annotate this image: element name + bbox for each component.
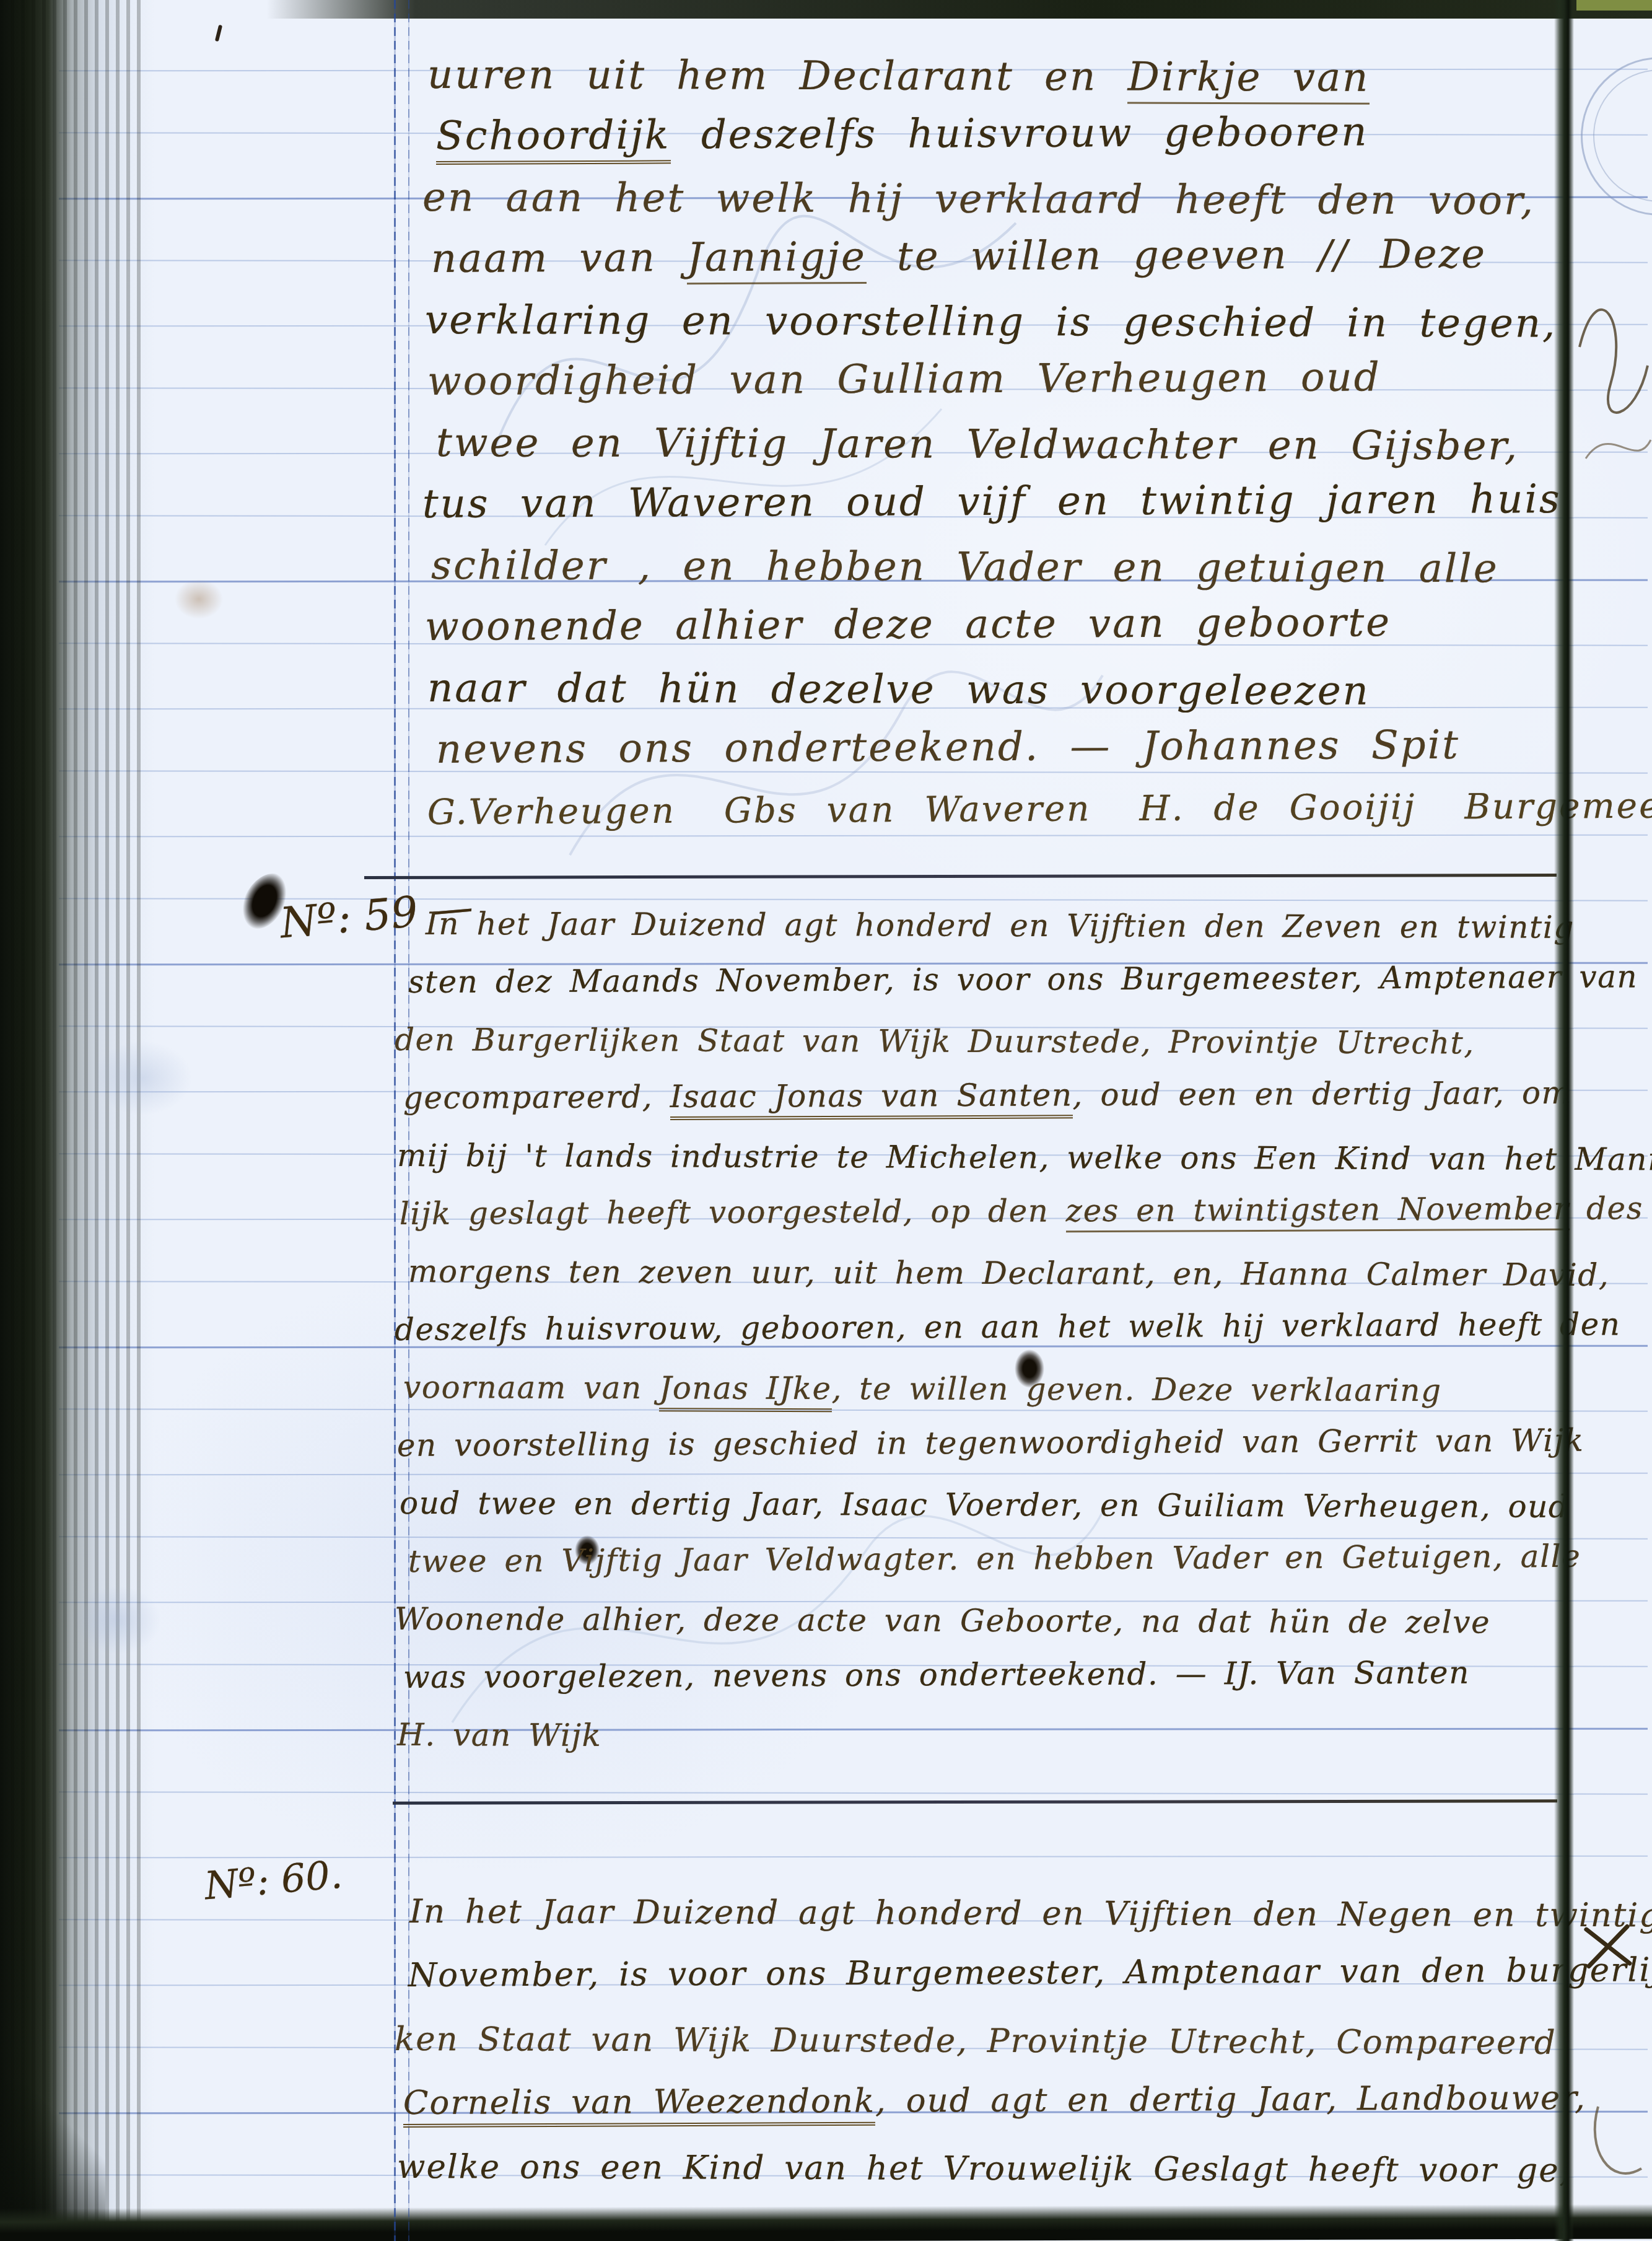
handwritten-text: , oud een en dertig Jaar, om — [1072, 1074, 1571, 1113]
underlined-word: Cornelis van Weezendonk — [403, 2082, 875, 2128]
underlined-word: Isaac Jonas van Santen — [670, 1077, 1072, 1120]
handwritten-line: In het Jaar Duizend agt honderd en Vijft… — [426, 906, 1575, 945]
handwritten-text: tus van Waveren oud vijf en twintig jare… — [422, 476, 1562, 527]
handwritten-line: gecompareerd, Isaac Jonas van Santen, ou… — [403, 1074, 1572, 1115]
handwritten-text: nevens ons onderteekend. — Johannes Spit — [436, 722, 1460, 773]
binding-streaks — [0, 0, 142, 2241]
signature: G.Verheugen — [427, 791, 676, 833]
page-top-corner-green — [1576, 0, 1652, 11]
handwritten-line: naam van Jannigje te willen geeven // De… — [431, 232, 1487, 282]
handwritten-line: Cornelis van Weezendonk, oud agt en dert… — [403, 2079, 1586, 2122]
handwritten-line: twee en Vijftig Jaren Veldwachter en Gij… — [436, 420, 1519, 469]
handwritten-line: nevens ons onderteekend. — Johannes Spit — [436, 722, 1460, 773]
handwritten-text: H. van Wijk — [397, 1717, 602, 1753]
paper-mottle — [93, 1041, 192, 1115]
handwritten-line: was voorgelezen, nevens ons onderteekend… — [403, 1654, 1470, 1695]
handwritten-line: den Burgerlijken Staat van Wijk Duursted… — [395, 1022, 1475, 1061]
handwritten-text: en voorstelling is geschied in tegenwoor… — [397, 1422, 1584, 1463]
handwritten-text: verklaring en voorstelling is geschied i… — [425, 297, 1557, 347]
page-seam — [1554, 0, 1574, 2241]
handwritten-line: tus van Waveren oud vijf en twintig jare… — [422, 476, 1562, 527]
handwritten-text: en aan het welk hij verklaard heeft den … — [422, 175, 1535, 224]
handwritten-line: verklaring en voorstelling is geschied i… — [425, 297, 1557, 347]
handwritten-line: ken Staat van Wijk Duurstede, Provintje … — [395, 2020, 1557, 2062]
paper-mottle — [74, 1586, 161, 1654]
handwritten-text: November, is voor ons Burgemeester, Ampt… — [408, 1951, 1652, 1994]
handwritten-text: morgens ten zeven uur, uit hem Declarant… — [408, 1253, 1609, 1293]
handwritten-text: uuren uit hem Declarant en — [427, 52, 1128, 100]
handwritten-text: Woonende alhier, deze acte van Geboorte,… — [395, 1601, 1490, 1641]
handwritten-line: deszelfs huisvrouw, gebooren, en aan het… — [395, 1306, 1621, 1348]
handwritten-text: In het Jaar Duizend agt honderd en Vijft… — [409, 1893, 1652, 1935]
handwritten-line: en voorstelling is geschied in tegenwoor… — [397, 1422, 1584, 1463]
handwritten-line: en aan het welk hij verklaard heeft den … — [422, 175, 1535, 224]
handwritten-text: ken Staat van Wijk Duurstede, Provintje … — [395, 2020, 1557, 2062]
handwritten-line: naar dat hün dezelve was voorgeleezen — [427, 665, 1370, 714]
register-entry-58-continuation: uuren uit hem Declarant en Dirkje vanSch… — [427, 52, 1567, 862]
handwritten-line: H. van Wijk — [397, 1717, 602, 1753]
facing-page-handwriting-fragment — [1573, 235, 1652, 496]
signature: Gbs van Waveren — [724, 789, 1091, 831]
handwritten-line: Schoordijk deszelfs huisvrouw gebooren — [436, 109, 1369, 159]
underlined-word: Schoordijk — [436, 112, 671, 165]
underlined-word: Dirkje van — [1127, 55, 1370, 105]
handwritten-text: voornaam van — [403, 1369, 659, 1406]
handwritten-text: lijk geslagt heeft voorgesteld, op den — [400, 1193, 1066, 1232]
handwritten-text: deszelfs huisvrouw gebooren — [670, 109, 1368, 158]
handwritten-line: November, is voor ons Burgemeester, Ampt… — [408, 1951, 1652, 1994]
handwritten-line: lijk geslagt heeft voorgesteld, op den z… — [400, 1190, 1643, 1232]
handwritten-line: uuren uit hem Declarant en Dirkje van — [427, 52, 1370, 101]
handwritten-text: den Burgerlijken Staat van Wijk Duursted… — [395, 1022, 1475, 1061]
handwritten-line: welke ons een Kind van het Vrouwelijk Ge… — [397, 2148, 1571, 2190]
handwritten-text: , oud agt en dertig Jaar, Landbouwer, — [875, 2079, 1586, 2120]
handwritten-text: twee en Vijftig Jaren Veldwachter en Gij… — [436, 420, 1519, 469]
margin-x-mark — [1578, 1919, 1640, 1975]
left-margin-rule — [394, 0, 396, 2241]
handwritten-text: In het Jaar Duizend agt honderd en Vijft… — [426, 906, 1575, 945]
handwritten-text: mij bij 't lands industrie te Michelen, … — [397, 1138, 1652, 1178]
handwritten-text: woonende alhier deze acte van geboorte — [425, 600, 1391, 650]
underlined-word: Jannigje — [687, 234, 867, 284]
handwritten-line: Woonende alhier, deze acte van Geboorte,… — [395, 1601, 1490, 1641]
signature: H. de Gooijij — [1139, 787, 1416, 829]
handwritten-line: voornaam van Jonas IJke, te willen geven… — [403, 1369, 1442, 1408]
handwritten-line: morgens ten zeven uur, uit hem Declarant… — [408, 1253, 1609, 1293]
handwritten-text: naar dat hün dezelve was voorgeleezen — [427, 665, 1370, 714]
handwritten-line: schilder , en hebben Vader en getuigen a… — [431, 543, 1499, 592]
handwritten-text: twee en Vijftig Jaar Veldwagter. en hebb… — [408, 1538, 1581, 1579]
handwritten-text: gecompareerd, — [403, 1079, 670, 1116]
handwritten-line: oud twee en dertig Jaar, Isaac Voerder, … — [400, 1485, 1570, 1525]
handwritten-line: woonende alhier deze acte van geboorte — [425, 600, 1391, 650]
underlined-word: Jonas IJke — [659, 1370, 832, 1412]
handwritten-text: naam van — [431, 235, 688, 282]
handwritten-line: sten dez Maands November, is voor ons Bu… — [408, 958, 1638, 1000]
underlined-word: zes en twintigsten November — [1066, 1190, 1570, 1232]
ink-smudge — [175, 579, 223, 619]
handwritten-text: welke ons een Kind van het Vrouwelijk Ge… — [397, 2148, 1571, 2190]
register-page: Nº: 59 — Nº: 60. uuren uit hem Declarant… — [0, 0, 1652, 2241]
handwritten-line: mij bij 't lands industrie te Michelen, … — [397, 1138, 1652, 1178]
facing-page-handwriting-fragment — [1586, 2094, 1652, 2193]
handwritten-line: twee en Vijftig Jaar Veldwagter. en hebb… — [408, 1538, 1581, 1579]
handwritten-text: oud twee en dertig Jaar, Isaac Voerder, … — [400, 1485, 1570, 1525]
handwritten-line: woordigheid van Gulliam Verheugen oud — [427, 354, 1381, 405]
handwritten-text: , te willen geven. Deze verklaaring — [832, 1370, 1442, 1408]
handwritten-text: was voorgelezen, nevens ons onderteekend… — [403, 1654, 1470, 1695]
handwritten-text: deszelfs huisvrouw, gebooren, en aan het… — [395, 1306, 1621, 1348]
handwritten-text: te willen geeven // Deze — [867, 232, 1487, 280]
handwritten-text: sten dez Maands November, is voor ons Bu… — [408, 958, 1638, 1000]
handwritten-line: In het Jaar Duizend agt honderd en Vijft… — [409, 1893, 1652, 1935]
register-entry-59: In het Jaar Duizend agt honderd en Vijft… — [400, 906, 1564, 1787]
signature-row: G.VerheugenGbs van WaverenH. de GooijijB… — [427, 781, 1652, 835]
page-top-edge — [266, 0, 1652, 19]
register-entry-60: In het Jaar Duizend agt honderd en Vijft… — [400, 1893, 1576, 2224]
handwritten-text: woordigheid van Gulliam Verheugen oud — [427, 354, 1381, 405]
handwritten-text: schilder , en hebben Vader en getuigen a… — [431, 543, 1499, 592]
handwritten-text: des — [1569, 1190, 1643, 1227]
